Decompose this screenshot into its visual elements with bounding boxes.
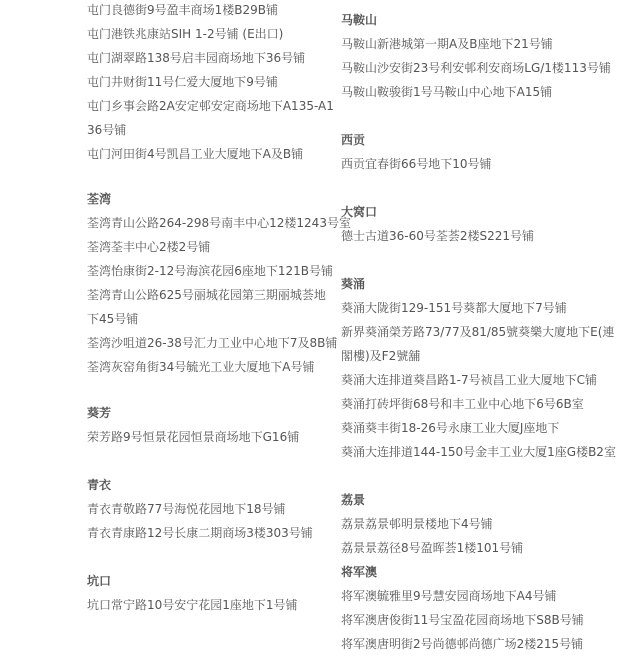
address-item: 马鞍山鞍骏街1号马鞍山中心地下A15铺 [341,80,616,104]
address-item: 西贡宜春街66号地下10号铺 [341,152,616,176]
address-item: 荃湾沙咀道26-38号汇力工业中心地下7及8B铺 [87,331,337,355]
district-heading-lai-king: 荔景 [341,488,616,512]
address-item: 屯门良德街9号盈丰商场1楼B29B铺 [87,0,337,22]
address-item: 青衣青敬路77号海悦花园地下18号铺 [87,497,337,521]
address-item: 荣芳路9号恒景花园恒景商场地下G16铺 [87,425,337,449]
district-heading-tsuen-wan: 荃湾 [87,187,337,211]
district-heading-kwai-fong: 葵芳 [87,401,337,425]
address-item: 马鞍山沙安街23号利安邨利安商场LG/1楼113号铺 [341,56,616,80]
address-item: 荃湾荃丰中心2楼2号铺 [87,235,337,259]
left-column: 屯门良德街9号盈丰商场1楼B29B铺 屯门港铁兆康站SIH 1-2号铺 (E出口… [87,0,337,617]
address-item: 坑口常宁路10号安宁花园1座地下1号铺 [87,593,337,617]
address-item: 荔景景荔径8号盈晖荟1楼101号铺 [341,536,616,560]
address-item: 屯门港铁兆康站SIH 1-2号铺 (E出口) [87,22,337,46]
district-heading-kwai-chung: 葵涌 [341,272,616,296]
district-heading-tseung-kwan-o: 将军澳 [341,560,616,584]
district-heading-tsing-yi: 青衣 [87,473,337,497]
district-heading-sai-kung: 西贡 [341,128,616,152]
address-item: 葵涌大连排道144-150号金丰工业大厦1座G楼B2室 [341,440,616,464]
address-item: 屯门乡事会路2A安定邨安定商场地下A135-A136号铺 [87,94,337,142]
address-item: 葵涌葵丰街18-26号永康工业大厦J座地下 [341,416,616,440]
address-item: 屯门湖翠路138号启丰园商场地下36号铺 [87,46,337,70]
address-item: 荃湾青山公路264-298号南丰中心12楼1243号室 [87,211,337,235]
address-item: 青衣青康路12号长康二期商场3楼303号铺 [87,521,337,545]
address-item: 屯门河田街4号凯昌工业大厦地下A及B铺 [87,142,337,166]
address-item: 新界葵涌榮芳路73/77及81/85號葵樂大廈地下E(連閣樓)及F2號舖 [341,320,616,368]
right-column: 马鞍山 马鞍山新港城第一期A及B座地下21号铺 马鞍山沙安街23号利安邨利安商场… [341,0,616,656]
address-item: 将军澳毓雅里9号慧安园商场地下A4号铺 [341,584,616,608]
address-item: 荃湾灰窑角街34号毓光工业大厦地下A号铺 [87,355,337,379]
district-heading-ma-on-shan: 马鞍山 [341,8,616,32]
district-heading-tai-kok-tsui: 大窝口 [341,200,616,224]
address-item: 马鞍山新港城第一期A及B座地下21号铺 [341,32,616,56]
district-heading-hang-hau: 坑口 [87,569,337,593]
address-item: 荔景荔景邨明景楼地下4号铺 [341,512,616,536]
address-item: 葵涌大连排道葵昌路1-7号祯昌工业大厦地下C铺 [341,368,616,392]
address-item: 将军澳唐俊街11号宝盈花园商场地下S8B号铺 [341,608,616,632]
address-item: 将军澳唐明街2号尚德邨尚德广场2楼215号铺 [341,632,616,656]
address-item: 荃湾怡康街2-12号海滨花园6座地下121B号铺 [87,259,337,283]
address-item: 荃湾青山公路625号丽城花园第三期丽城荟地下45号铺 [87,283,337,331]
address-item: 葵涌大陇街129-151号葵都大厦地下7号铺 [341,296,616,320]
address-item: 屯门井财街11号仁爱大厦地下9号铺 [87,70,337,94]
address-item: 葵涌打砖坪街68号和丰工业中心地下6号6B室 [341,392,616,416]
address-item: 德士古道36-60号荃荟2楼S221号铺 [341,224,616,248]
